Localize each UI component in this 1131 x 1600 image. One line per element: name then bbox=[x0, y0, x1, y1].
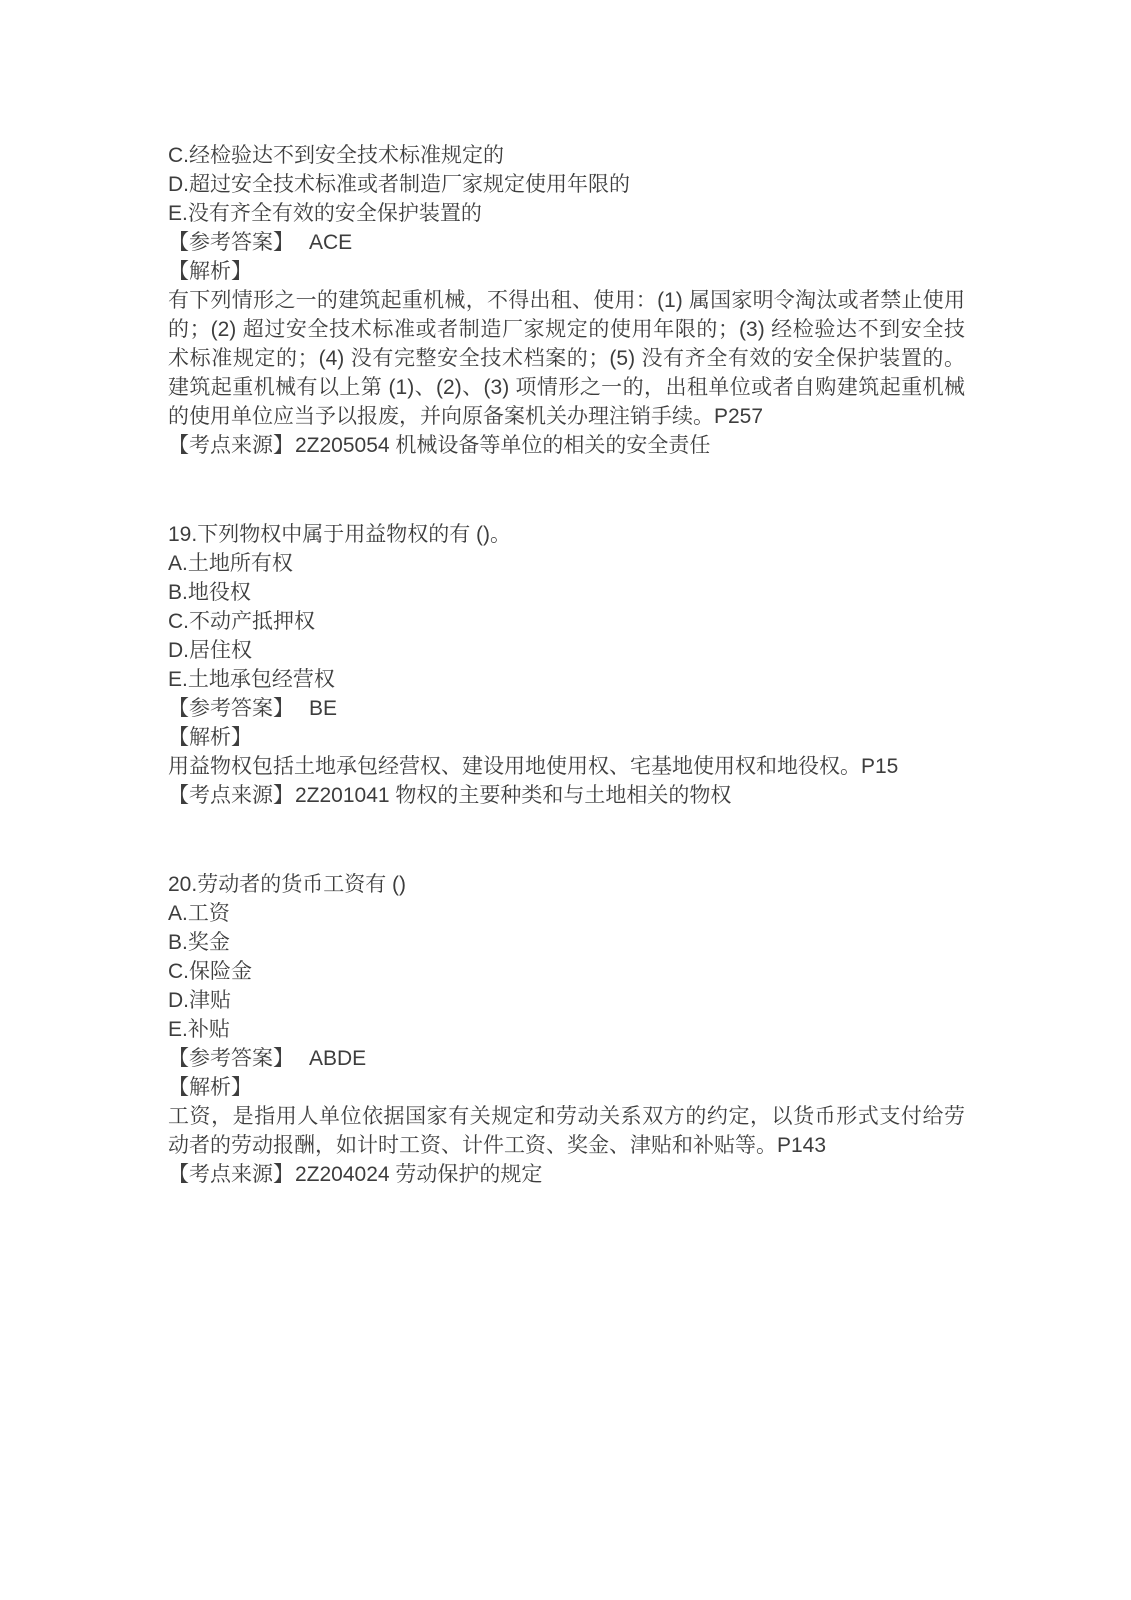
option-line: C.不动产抵押权 bbox=[168, 607, 965, 636]
document-page: C.经检验达不到安全技术标准规定的 D.超过安全技术标准或者制造厂家规定使用年限… bbox=[0, 0, 1131, 1600]
option-line: B.地役权 bbox=[168, 578, 965, 607]
source-line: 【考点来源】2Z205054 机械设备等单位的相关的安全责任 bbox=[168, 431, 965, 460]
analysis-label: 【解析】 bbox=[168, 723, 965, 752]
option-line: B.奖金 bbox=[168, 928, 965, 957]
question-title: 20.劳动者的货币工资有 () bbox=[168, 870, 965, 899]
source-text: 2Z205054 机械设备等单位的相关的安全责任 bbox=[295, 434, 710, 457]
answer-line: 【参考答案】BE bbox=[168, 694, 965, 723]
source-line: 【考点来源】2Z204024 劳动保护的规定 bbox=[168, 1160, 965, 1189]
question-block-20: 20.劳动者的货币工资有 () A.工资 B.奖金 C.保险金 D.津贴 E.补… bbox=[168, 870, 965, 1189]
option-line: C.保险金 bbox=[168, 957, 965, 986]
answer-value: ABDE bbox=[309, 1047, 366, 1070]
analysis-text: 工资，是指用人单位依据国家有关规定和劳动关系双方的约定，以货币形式支付给劳动者的… bbox=[168, 1102, 965, 1160]
option-line: D.超过安全技术标准或者制造厂家规定使用年限的 bbox=[168, 170, 965, 199]
option-line: E.补贴 bbox=[168, 1015, 965, 1044]
source-label: 【考点来源】 bbox=[168, 434, 294, 457]
source-label: 【考点来源】 bbox=[168, 784, 294, 807]
option-line: E.没有齐全有效的安全保护装置的 bbox=[168, 199, 965, 228]
answer-line: 【参考答案】ACE bbox=[168, 228, 965, 257]
option-line: E.土地承包经营权 bbox=[168, 665, 965, 694]
option-line: C.经检验达不到安全技术标准规定的 bbox=[168, 141, 965, 170]
analysis-label: 【解析】 bbox=[168, 1073, 965, 1102]
source-text: 2Z201041 物权的主要种类和与土地相关的物权 bbox=[295, 784, 731, 807]
answer-label: 【参考答案】 bbox=[168, 697, 294, 720]
option-line: A.工资 bbox=[168, 899, 965, 928]
option-line: A.土地所有权 bbox=[168, 549, 965, 578]
question-block-18: C.经检验达不到安全技术标准规定的 D.超过安全技术标准或者制造厂家规定使用年限… bbox=[168, 141, 965, 460]
answer-value: ACE bbox=[309, 231, 352, 254]
source-text: 2Z204024 劳动保护的规定 bbox=[295, 1163, 542, 1186]
option-line: D.津贴 bbox=[168, 986, 965, 1015]
option-line: D.居住权 bbox=[168, 636, 965, 665]
answer-label: 【参考答案】 bbox=[168, 1047, 294, 1070]
analysis-label: 【解析】 bbox=[168, 257, 965, 286]
source-line: 【考点来源】2Z201041 物权的主要种类和与土地相关的物权 bbox=[168, 781, 965, 810]
source-label: 【考点来源】 bbox=[168, 1163, 294, 1186]
answer-value: BE bbox=[309, 697, 337, 720]
analysis-text: 用益物权包括土地承包经营权、建设用地使用权、宅基地使用权和地役权。P15 bbox=[168, 752, 965, 781]
question-title: 19.下列物权中属于用益物权的有 ()。 bbox=[168, 520, 965, 549]
analysis-text: 有下列情形之一的建筑起重机械，不得出租、使用：(1) 属国家明令淘汰或者禁止使用… bbox=[168, 286, 965, 431]
answer-line: 【参考答案】ABDE bbox=[168, 1044, 965, 1073]
question-block-19: 19.下列物权中属于用益物权的有 ()。 A.土地所有权 B.地役权 C.不动产… bbox=[168, 520, 965, 810]
answer-label: 【参考答案】 bbox=[168, 231, 294, 254]
